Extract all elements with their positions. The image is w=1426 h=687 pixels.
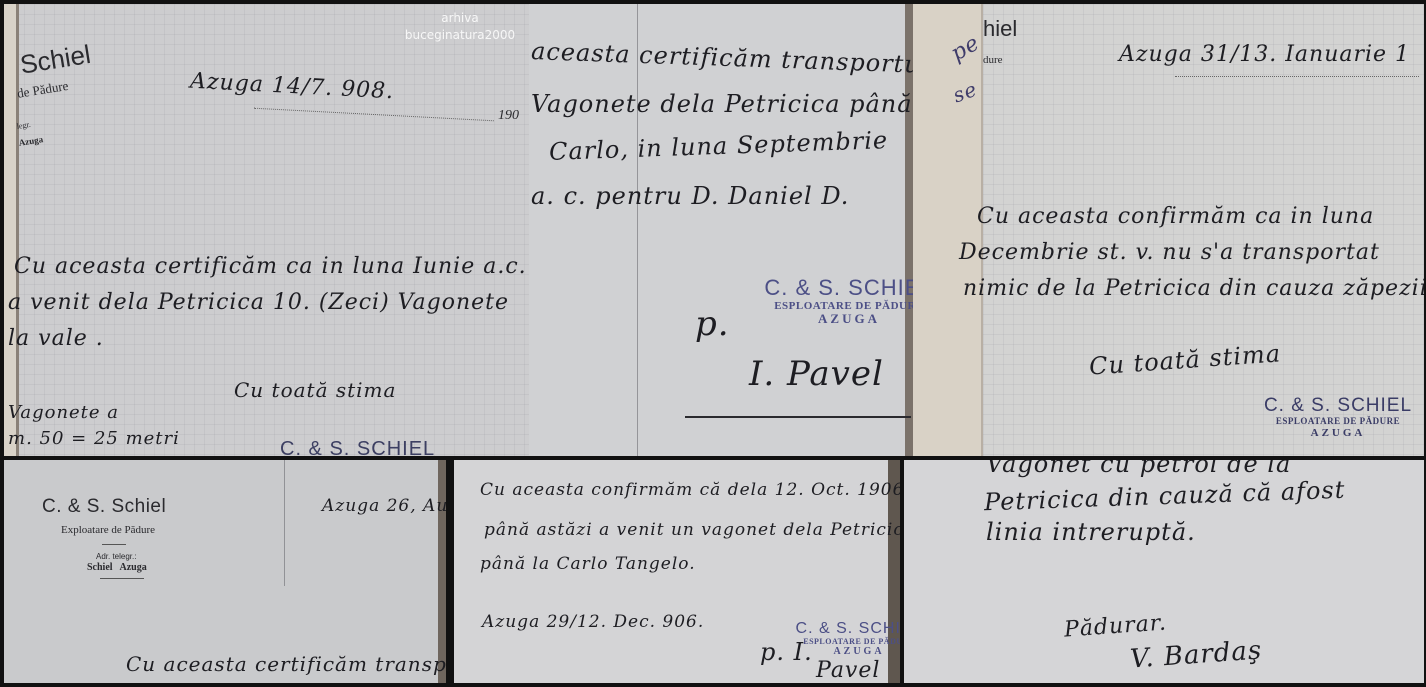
signature-underline	[685, 416, 911, 418]
body-line-3: nimic de la Petricica din cauza zăpezii	[963, 276, 1424, 301]
body-line-3: până la Carlo Tangelo.	[480, 554, 696, 574]
page-edge	[4, 4, 16, 456]
signature: I. Pavel	[749, 354, 884, 394]
stamp-line-3: AZUGA	[749, 312, 913, 326]
signature: V. Bardaş	[1129, 635, 1263, 674]
letterhead-subtitle: Exploatare de Pădure	[61, 524, 155, 536]
stamp-line-1: C. & S. SCHIEL	[1253, 396, 1423, 417]
body-line-1: aceasta certificăm transportul	[531, 37, 913, 79]
signature-prefix: p.	[695, 304, 730, 344]
book-spine	[438, 460, 446, 683]
note-line-1: Vagonete a	[8, 402, 119, 423]
panel-bottom-middle: Cu aceasta confirmăm că dela 12. Oct. 19…	[454, 460, 900, 683]
letter-date: Azuga 14/7. 908.	[189, 69, 394, 105]
body-line-1: Cu aceasta certificăm ca in luna Iunie a…	[14, 254, 527, 279]
page-fold	[981, 4, 983, 456]
letter-date: Azuga 31/13. Ianuarie 1	[1119, 42, 1410, 67]
closing: Cu toată stima	[234, 378, 396, 402]
panel-top-right: pe se hiel dure Azuga 31/13. Ianuarie 1 …	[913, 4, 1424, 456]
previous-page-edge	[913, 4, 983, 456]
body-line-2: Decembrie st. v. nu s'a transportat	[959, 240, 1380, 265]
letterhead-name: C. & S. Schiel	[42, 496, 166, 518]
closing: Cu toată stima	[1088, 339, 1282, 380]
document-collage: Schiel de Pădure legr. Azuga Azuga 14/7.…	[0, 0, 1426, 687]
panel-top-left: Schiel de Pădure legr. Azuga Azuga 14/7.…	[4, 4, 529, 456]
body-line-3: linia intreruptă.	[986, 518, 1196, 546]
signature-prefix: p. I.	[760, 638, 813, 666]
book-spine	[16, 4, 19, 456]
body-line-1: Cu aceasta confirmăm că dela 12. Oct. 19…	[480, 480, 900, 500]
margin-line	[284, 460, 285, 586]
body-line-2: Petricica din cauză că afost	[984, 476, 1346, 517]
letterhead-subtitle: de Pădure	[16, 78, 69, 102]
body-line-2: a venit dela Petricica 10. (Zeci) Vagone…	[8, 290, 509, 315]
letterhead-partial-name: hiel	[983, 16, 1017, 42]
watermark-line-2: buceginatura2000	[400, 27, 520, 44]
body-line-4: a. c. pentru D. Daniel D.	[531, 182, 849, 210]
date-suffix: 190	[498, 108, 519, 124]
letterhead-partial-subtitle: dure	[983, 54, 1003, 66]
letterhead-divider-1	[102, 544, 126, 545]
closing: Pădurar.	[1063, 610, 1167, 642]
stamp-line-2: ESPLOATARE DE PĂDURE	[1253, 417, 1423, 427]
stamp-line-3: AZUGA	[1253, 427, 1423, 439]
body-line-3: la vale .	[8, 326, 104, 351]
company-stamp: C. & S. SCHIEL ESPLOATARE DE PĂDURE AZUG…	[1253, 396, 1423, 439]
telegr-label: Adr. telegr.:	[96, 552, 136, 561]
signature: Pavel	[816, 658, 880, 683]
telegr-value: Schiel Azuga	[87, 562, 147, 573]
body-line-1: Vagonet cu petrol de la	[986, 460, 1291, 478]
body-line-3: Carlo, in luna Septembrie	[549, 126, 889, 166]
panel-top-middle: aceasta certificăm transportul Vagonete …	[529, 4, 913, 456]
body-line-2: Vagonete dela Petricica până	[531, 90, 913, 118]
letter-date: Azuga 26, Au	[322, 496, 446, 516]
margin-line	[637, 4, 638, 456]
company-stamp: C. & S. SCHIEL ESPLOATARE DE PĂDURE AZUG…	[749, 276, 913, 327]
date-dotline	[1175, 76, 1419, 77]
stamp-line-1: C. & S. SCHIEL	[794, 620, 900, 638]
body-line-1: Cu aceasta confirmăm ca in luna	[977, 204, 1374, 229]
note-line-2: m. 50 = 25 metri	[8, 428, 180, 449]
date-dotline	[254, 108, 494, 122]
body-line-1: Cu aceasta certificăm transp	[126, 652, 446, 676]
stamp-line-1: C. & S. SCHIEL	[749, 276, 913, 300]
body-line-2: până astăzi a venit un vagonet dela Petr…	[484, 520, 900, 540]
letterhead-city: Azuga	[18, 134, 44, 148]
letterhead-name: Schiel	[18, 39, 93, 81]
letterhead-telegr: legr.	[16, 120, 31, 131]
letterhead-divider-2	[100, 578, 144, 579]
panel-bottom-left: C. & S. Schiel Exploatare de Pădure Adr.…	[4, 460, 446, 683]
watermark: arhiva buceginatura2000	[400, 10, 520, 44]
letter-date: Azuga 29/12. Dec. 906.	[482, 612, 704, 632]
panel-bottom-right: Vagonet cu petrol de la Petricica din ca…	[904, 460, 1424, 683]
watermark-line-1: arhiva	[400, 10, 520, 27]
stamp-partial: C. & S. SCHIEL	[280, 438, 435, 456]
